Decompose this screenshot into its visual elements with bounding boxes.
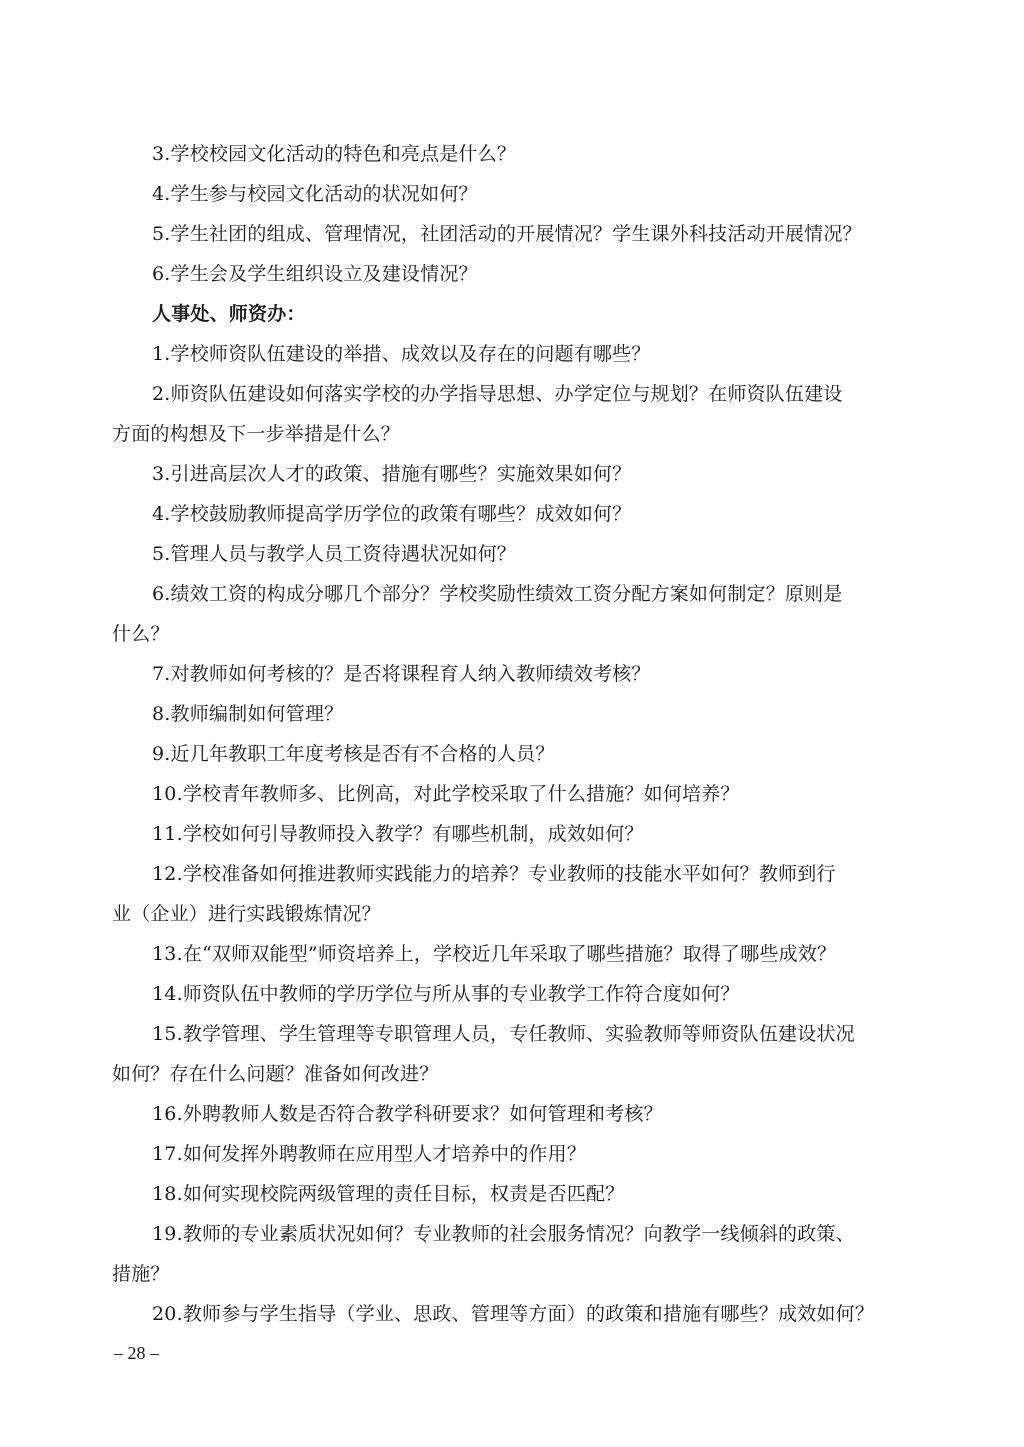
question-item: 19.教师的专业素质状况如何？专业教师的社会服务情况？向教学一线倾斜的政策、 <box>112 1214 900 1254</box>
question-item-continuation: 如何？存在什么问题？准备如何改进？ <box>112 1054 900 1094</box>
question-item: 4.学校鼓励教师提高学历学位的政策有哪些？成效如何？ <box>112 494 900 534</box>
question-item: 6.绩效工资的构成分哪几个部分？学校奖励性绩效工资分配方案如何制定？原则是 <box>112 574 900 614</box>
question-item-continuation: 措施？ <box>112 1254 900 1294</box>
question-item: 15.教学管理、学生管理等专职管理人员，专任教师、实验教师等师资队伍建设状况 <box>112 1014 900 1054</box>
question-item: 5.学生社团的组成、管理情况，社团活动的开展情况？学生课外科技活动开展情况？ <box>112 214 900 254</box>
question-item: 1.学校师资队伍建设的举措、成效以及存在的问题有哪些？ <box>112 334 900 374</box>
question-item: 16.外聘教师人数是否符合教学科研要求？如何管理和考核？ <box>112 1094 900 1134</box>
question-item: 3.引进高层次人才的政策、措施有哪些？实施效果如何？ <box>112 454 900 494</box>
question-item-continuation: 业（企业）进行实践锻炼情况？ <box>112 894 900 934</box>
question-item: 17.如何发挥外聘教师在应用型人才培养中的作用？ <box>112 1134 900 1174</box>
question-item: 5.管理人员与教学人员工资待遇状况如何？ <box>112 534 900 574</box>
question-item: 12.学校准备如何推进教师实践能力的培养？专业教师的技能水平如何？教师到行 <box>112 854 900 894</box>
page-number: – 28 – <box>114 1343 159 1364</box>
question-item-continuation: 什么？ <box>112 614 900 654</box>
question-item: 3.学校校园文化活动的特色和亮点是什么？ <box>112 134 900 174</box>
section-heading: 人事处、师资办： <box>112 294 900 334</box>
question-item-continuation: 方面的构想及下一步举措是什么？ <box>112 414 900 454</box>
question-item: 13.在“双师双能型”师资培养上，学校近几年采取了哪些措施？取得了哪些成效？ <box>112 934 900 974</box>
question-item: 7.对教师如何考核的？是否将课程育人纳入教师绩效考核？ <box>112 654 900 694</box>
question-item: 4.学生参与校园文化活动的状况如何？ <box>112 174 900 214</box>
question-item: 10.学校青年教师多、比例高，对此学校采取了什么措施？如何培养？ <box>112 774 900 814</box>
question-item: 8.教师编制如何管理？ <box>112 694 900 734</box>
question-item: 9.近几年教职工年度考核是否有不合格的人员？ <box>112 734 900 774</box>
document-page: 3.学校校园文化活动的特色和亮点是什么？ 4.学生参与校园文化活动的状况如何？ … <box>112 134 900 1334</box>
question-item: 20.教师参与学生指导（学业、思政、管理等方面）的政策和措施有哪些？成效如何？ <box>112 1294 900 1334</box>
question-item: 14.师资队伍中教师的学历学位与所从事的专业教学工作符合度如何？ <box>112 974 900 1014</box>
question-item: 11.学校如何引导教师投入教学？有哪些机制，成效如何？ <box>112 814 900 854</box>
question-item: 2.师资队伍建设如何落实学校的办学指导思想、办学定位与规划？在师资队伍建设 <box>112 374 900 414</box>
question-item: 6.学生会及学生组织设立及建设情况？ <box>112 254 900 294</box>
question-item: 18.如何实现校院两级管理的责任目标，权责是否匹配？ <box>112 1174 900 1214</box>
